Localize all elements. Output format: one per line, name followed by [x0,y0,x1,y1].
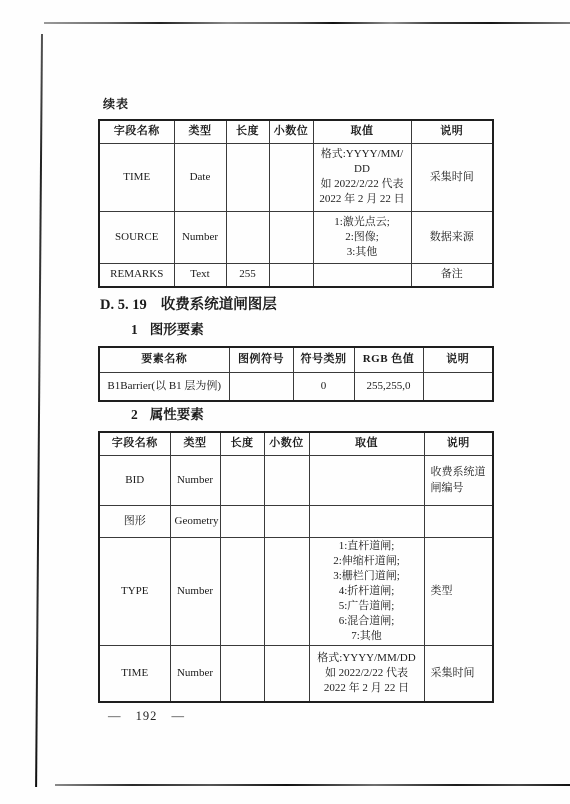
legend-symbol-cell [229,372,293,401]
length-cell [220,537,264,645]
column-header-field: 字段名称 [99,120,174,143]
rgb-value-cell: 255,255,0 [354,372,423,401]
table-row: 图形 Geometry [99,505,493,537]
decimals-cell [264,505,309,537]
table-row: TIME Number 格式:YYYY/MM/DD 如 2022/2/22 代表… [99,645,493,702]
decimals-cell [264,455,309,505]
section-heading: D. 5. 19收费系统道闸图层 [100,293,277,314]
field-name-cell: 图形 [99,505,170,537]
field-name-cell: SOURCE [99,211,174,263]
column-header-legend-symbol: 图例符号 [229,347,293,372]
column-header-note: 说明 [424,432,493,455]
table-row: TYPE Number 1:直杆道闸; 2:伸缩杆道闸; 3:栅栏门道闸; 4:… [99,537,493,645]
field-name-cell: REMARKS [99,263,174,287]
table-header-row: 字段名称 类型 长度 小数位 取值 说明 [99,120,493,143]
table-row: SOURCE Number 1:激光点云; 2:图像; 3:其他 数据来源 [99,211,493,263]
subsection-attribute-heading: 2属性要素 [131,403,204,423]
value-cell: 格式:YYYY/MM/ DD 如 2022/2/22 代表 2022 年 2 月… [313,143,411,211]
column-header-decimals: 小数位 [269,120,313,143]
table-row: REMARKS Text 255 备注 [99,263,493,287]
table-header-row: 字段名称 类型 长度 小数位 取值 说明 [99,432,493,455]
decimals-cell [269,211,313,263]
scan-edge-bottom-line [55,784,570,786]
decimals-cell [269,263,313,287]
note-cell: 备注 [411,263,493,287]
note-cell: 采集时间 [424,645,493,702]
type-cell: Number [174,211,226,263]
type-cell: Number [170,537,220,645]
subsection-number: 1 [131,322,138,337]
continued-attribute-table: 字段名称 类型 长度 小数位 取值 说明 TIME Date 格式:YYYY/M… [98,119,494,288]
length-cell [226,211,269,263]
type-cell: Date [174,143,226,211]
column-header-rgb: RGB 色值 [354,347,423,372]
value-cell [313,263,411,287]
type-cell: Number [170,645,220,702]
column-header-note: 说明 [411,120,493,143]
type-cell: Geometry [170,505,220,537]
value-cell: 1:激光点云; 2:图像; 3:其他 [313,211,411,263]
value-cell [309,455,424,505]
column-header-type: 类型 [174,120,226,143]
value-cell: 格式:YYYY/MM/DD 如 2022/2/22 代表 2022 年 2 月 … [309,645,424,702]
scanned-document-page: 续表 字段名称 类型 长度 小数位 取值 说明 TIME Date 格式:YYY… [0,0,570,804]
table-row: BID Number 收费系统道闸编号 [99,455,493,505]
column-header-decimals: 小数位 [264,432,309,455]
length-cell [220,505,264,537]
value-cell [309,505,424,537]
table-row: B1Barrier(以 B1 层为例) 0 255,255,0 [99,372,493,401]
field-name-cell: BID [99,455,170,505]
element-name-cell: B1Barrier(以 B1 层为例) [99,372,229,401]
field-name-cell: TIME [99,645,170,702]
note-cell [423,372,493,401]
page-number: — 192 — [108,709,185,724]
decimals-cell [264,537,309,645]
section-number: D. 5. 19 [100,297,147,313]
symbol-category-cell: 0 [293,372,354,401]
length-cell [226,143,269,211]
subsection-number: 2 [131,407,138,422]
note-cell: 采集时间 [411,143,493,211]
subsection-graphic-heading: 1图形要素 [131,318,204,338]
length-cell [220,645,264,702]
type-cell: Number [170,455,220,505]
note-cell: 类型 [424,537,493,645]
field-name-cell: TIME [99,143,174,211]
decimals-cell [264,645,309,702]
section-title: 收费系统道闸图层 [161,297,277,313]
value-cell: 1:直杆道闸; 2:伸缩杆道闸; 3:栅栏门道闸; 4:折杆道闸; 5:广告道闸… [309,537,424,645]
type-cell: Text [174,263,226,287]
scan-edge-top-line [44,22,570,24]
column-header-note: 说明 [423,347,493,372]
length-cell: 255 [226,263,269,287]
subsection-title: 图形要素 [150,322,204,337]
note-cell: 收费系统道闸编号 [424,455,493,505]
attribute-elements-table: 字段名称 类型 长度 小数位 取值 说明 BID Number 收费系统道闸编号… [98,431,494,703]
column-header-value: 取值 [313,120,411,143]
column-header-element-name: 要素名称 [99,347,229,372]
scan-edge-left-line [35,34,43,787]
column-header-value: 取值 [309,432,424,455]
column-header-length: 长度 [226,120,269,143]
column-header-length: 长度 [220,432,264,455]
table-row: TIME Date 格式:YYYY/MM/ DD 如 2022/2/22 代表 … [99,143,493,211]
column-header-symbol-category: 符号类别 [293,347,354,372]
subsection-title: 属性要素 [150,407,204,422]
column-header-field: 字段名称 [99,432,170,455]
table-header-row: 要素名称 图例符号 符号类别 RGB 色值 说明 [99,347,493,372]
note-cell: 数据来源 [411,211,493,263]
continued-table-label: 续表 [103,95,129,112]
column-header-type: 类型 [170,432,220,455]
note-cell [424,505,493,537]
graphic-elements-table: 要素名称 图例符号 符号类别 RGB 色值 说明 B1Barrier(以 B1 … [98,346,494,402]
decimals-cell [269,143,313,211]
field-name-cell: TYPE [99,537,170,645]
length-cell [220,455,264,505]
